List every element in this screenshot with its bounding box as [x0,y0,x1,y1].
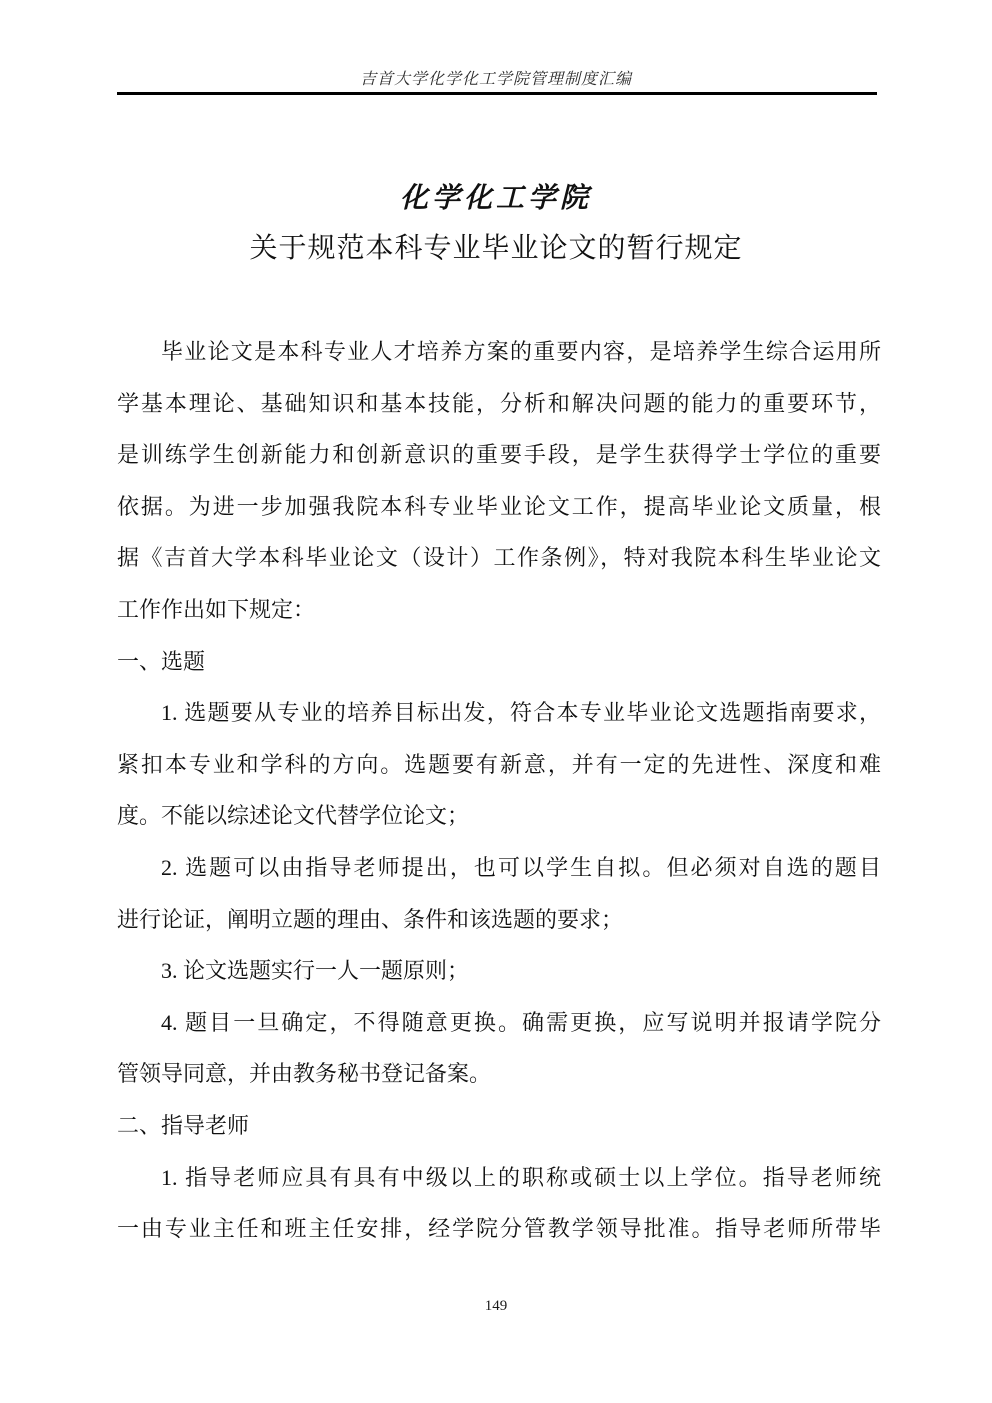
page-number: 149 [0,1298,992,1315]
body-line: 1. 选题要从专业的培养目标出发，符合本专业毕业论文选题指南要求， [117,687,881,739]
body-line: 1. 指导老师应具有具有中级以上的职称或硕士以上学位。指导老师统 [117,1152,881,1204]
body-line: 工作作出如下规定： [117,584,881,636]
document-title: 关于规范本科专业毕业论文的暂行规定 [0,226,992,266]
body-line: 一、选题 [117,636,881,688]
body-text: 毕业论文是本科专业人才培养方案的重要内容，是培养学生综合运用所学基本理论、基础知… [117,326,881,1255]
body-line: 3. 论文选题实行一人一题原则； [117,945,881,997]
running-header: 吉首大学化学化工学院管理制度汇编 [0,66,992,89]
body-line: 依据。为进一步加强我院本科专业毕业论文工作，提高毕业论文质量，根 [117,481,881,533]
body-line: 进行论证，阐明立题的理由、条件和该选题的要求； [117,894,881,946]
body-line: 一由专业主任和班主任安排，经学院分管教学领导批准。指导老师所带毕 [117,1203,881,1255]
body-line: 管领导同意，并由教务秘书登记备案。 [117,1048,881,1100]
body-line: 据《吉首大学本科毕业论文（设计）工作条例》，特对我院本科生毕业论文 [117,532,881,584]
body-line: 4. 题目一旦确定，不得随意更换。确需更换，应写说明并报请学院分 [117,997,881,1049]
body-line: 是训练学生创新能力和创新意识的重要手段，是学生获得学士学位的重要 [117,429,881,481]
body-line: 毕业论文是本科专业人才培养方案的重要内容，是培养学生综合运用所 [117,326,881,378]
body-line: 二、指导老师 [117,1100,881,1152]
body-line: 学基本理论、基础知识和基本技能，分析和解决问题的能力的重要环节， [117,378,881,430]
document-page: 吉首大学化学化工学院管理制度汇编 化学化工学院 关于规范本科专业毕业论文的暂行规… [0,0,992,1403]
body-line: 紧扣本专业和学科的方向。选题要有新意，并有一定的先进性、深度和难 [117,739,881,791]
body-line: 2. 选题可以由指导老师提出，也可以学生自拟。但必须对自选的题目 [117,842,881,894]
header-rule [117,92,877,95]
body-line: 度。不能以综述论文代替学位论文； [117,790,881,842]
college-title: 化学化工学院 [0,176,992,216]
